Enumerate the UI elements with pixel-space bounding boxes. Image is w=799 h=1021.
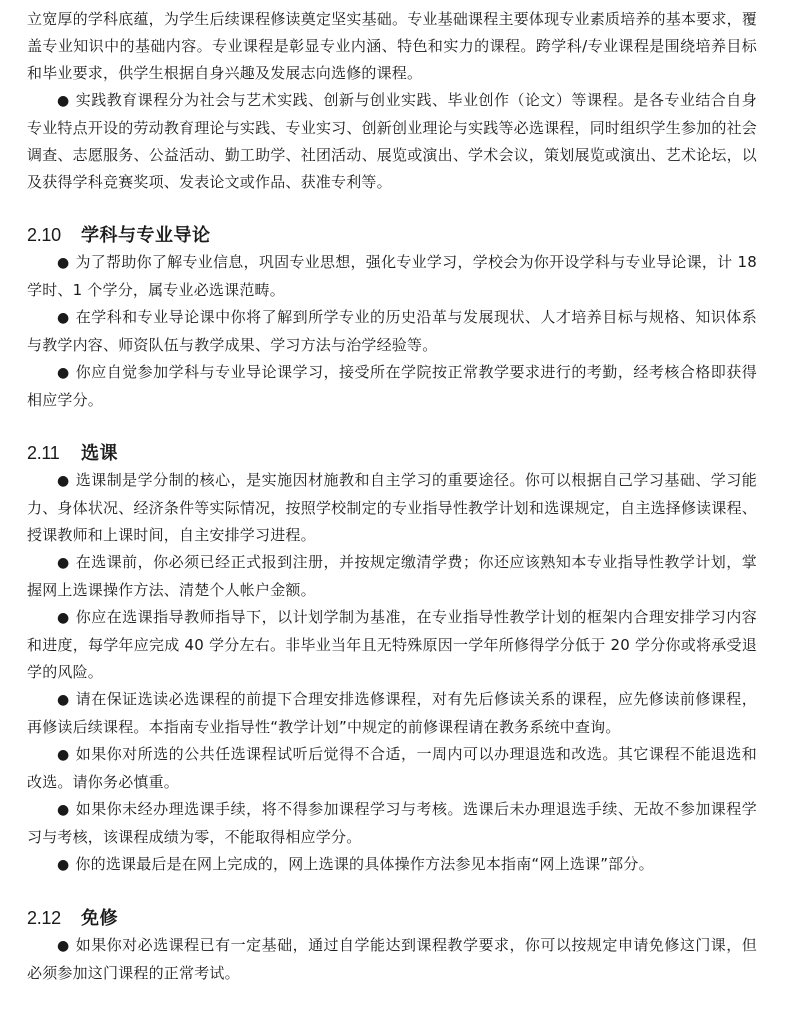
bullet-icon: ● [57,88,69,115]
bullet-text: 如果你对必选课程已有一定基础，通过自学能达到课程教学要求，你可以按规定申请免修这… [27,936,757,982]
bullet-icon: ● [57,687,69,714]
bullet-text: 选课制是学分制的核心，是实施因材施教和自主学习的重要途径。你可以根据自己学习基础… [27,471,757,544]
intro-paragraph: 立宽厚的学科底蕴，为学生后续课程修读奠定坚实基础。专业基础课程主要体现专业素质培… [27,6,757,87]
section-2-12: 2.12 免修 ●如果你对必选课程已有一定基础，通过自学能达到课程教学要求，你可… [27,905,757,987]
bullet-text: 在选课前，你必须已经正式报到注册，并按规定缴清学费；你还应该熟知本专业指导性教学… [27,553,757,599]
section-number: 2.12 [27,905,81,932]
section-heading: 2.10 学科与专业导论 [27,222,757,249]
bullet-icon: ● [57,360,69,387]
section-number: 2.10 [27,222,81,249]
bullet-icon: ● [57,852,69,879]
bullet-text: 你应在选课指导教师指导下，以计划学制为基准，在专业指导性教学计划的框架内合理安排… [27,608,757,681]
bullet-item: ●你的选课最后是在网上完成的，网上选课的具体操作方法参见本指南“网上选课”部分。 [27,851,757,879]
bullet-icon: ● [57,305,69,332]
section-title: 免修 [81,905,118,932]
bullet-item: ●为了帮助你了解专业信息，巩固专业思想，强化专业学习，学校会为你开设学科与专业导… [27,249,757,304]
bullet-text: 请在保证选读必选课程的前提下合理安排选修课程，对有先后修读关系的课程，应先修读前… [27,690,757,736]
section-heading: 2.11 选课 [27,440,757,467]
bullet-item: ●你应在选课指导教师指导下，以计划学制为基准，在专业指导性教学计划的框架内合理安… [27,604,757,686]
bullet-item: ●你应自觉参加学科与专业导论课学习，接受所在学院按正常教学要求进行的考勤，经考核… [27,359,757,414]
bullet-icon: ● [57,468,69,495]
section-2-10: 2.10 学科与专业导论 ●为了帮助你了解专业信息，巩固专业思想，强化专业学习，… [27,222,757,414]
bullet-item: ●如果你未经办理选课手续，将不得参加课程学习与考核。选课后未办理退选手续、无故不… [27,796,757,851]
bullet-item: ●在学科和专业导论课中你将了解到所学专业的历史沿革与发展现状、人才培养目标与规格… [27,304,757,359]
bullet-icon: ● [57,250,69,277]
bullet-icon: ● [57,550,69,577]
intro-block: 立宽厚的学科底蕴，为学生后续课程修读奠定坚实基础。专业基础课程主要体现专业素质培… [27,6,757,196]
bullet-item: ●如果你对所选的公共任选课程试听后觉得不合适，一周内可以办理退选和改选。其它课程… [27,741,757,796]
section-title: 学科与专业导论 [81,222,211,249]
bullet-text: 如果你对所选的公共任选课程试听后觉得不合适，一周内可以办理退选和改选。其它课程不… [27,745,757,791]
section-number: 2.11 [27,440,81,467]
section-heading: 2.12 免修 [27,905,757,932]
bullet-item: ●请在保证选读必选课程的前提下合理安排选修课程，对有先后修读关系的课程，应先修读… [27,686,757,741]
bullet-icon: ● [57,742,69,769]
bullet-text: 如果你未经办理选课手续，将不得参加课程学习与考核。选课后未办理退选手续、无故不参… [27,800,757,846]
section-2-11: 2.11 选课 ●选课制是学分制的核心，是实施因材施教和自主学习的重要途径。你可… [27,440,757,879]
bullet-text: 为了帮助你了解专业信息，巩固专业思想，强化专业学习，学校会为你开设学科与专业导论… [27,253,757,299]
bullet-item: ●选课制是学分制的核心，是实施因材施教和自主学习的重要途径。你可以根据自己学习基… [27,467,757,549]
bullet-text: 你应自觉参加学科与专业导论课学习，接受所在学院按正常教学要求进行的考勤，经考核合… [27,363,757,409]
bullet-text: 实践教育课程分为社会与艺术实践、创新与创业实践、毕业创作（论文）等课程。是各专业… [27,91,757,191]
bullet-item: ●在选课前，你必须已经正式报到注册，并按规定缴清学费；你还应该熟知本专业指导性教… [27,549,757,604]
document-page: 立宽厚的学科底蕴，为学生后续课程修读奠定坚实基础。专业基础课程主要体现专业素质培… [27,6,757,987]
bullet-item: ●如果你对必选课程已有一定基础，通过自学能达到课程教学要求，你可以按规定申请免修… [27,932,757,987]
section-title: 选课 [81,440,118,467]
bullet-icon: ● [57,797,69,824]
bullet-text: 你的选课最后是在网上完成的，网上选课的具体操作方法参见本指南“网上选课”部分。 [75,855,653,873]
intro-bullet-paragraph: ●实践教育课程分为社会与艺术实践、创新与创业实践、毕业创作（论文）等课程。是各专… [27,87,757,196]
bullet-icon: ● [57,933,69,960]
bullet-text: 在学科和专业导论课中你将了解到所学专业的历史沿革与发展现状、人才培养目标与规格、… [27,308,757,354]
bullet-icon: ● [57,605,69,632]
